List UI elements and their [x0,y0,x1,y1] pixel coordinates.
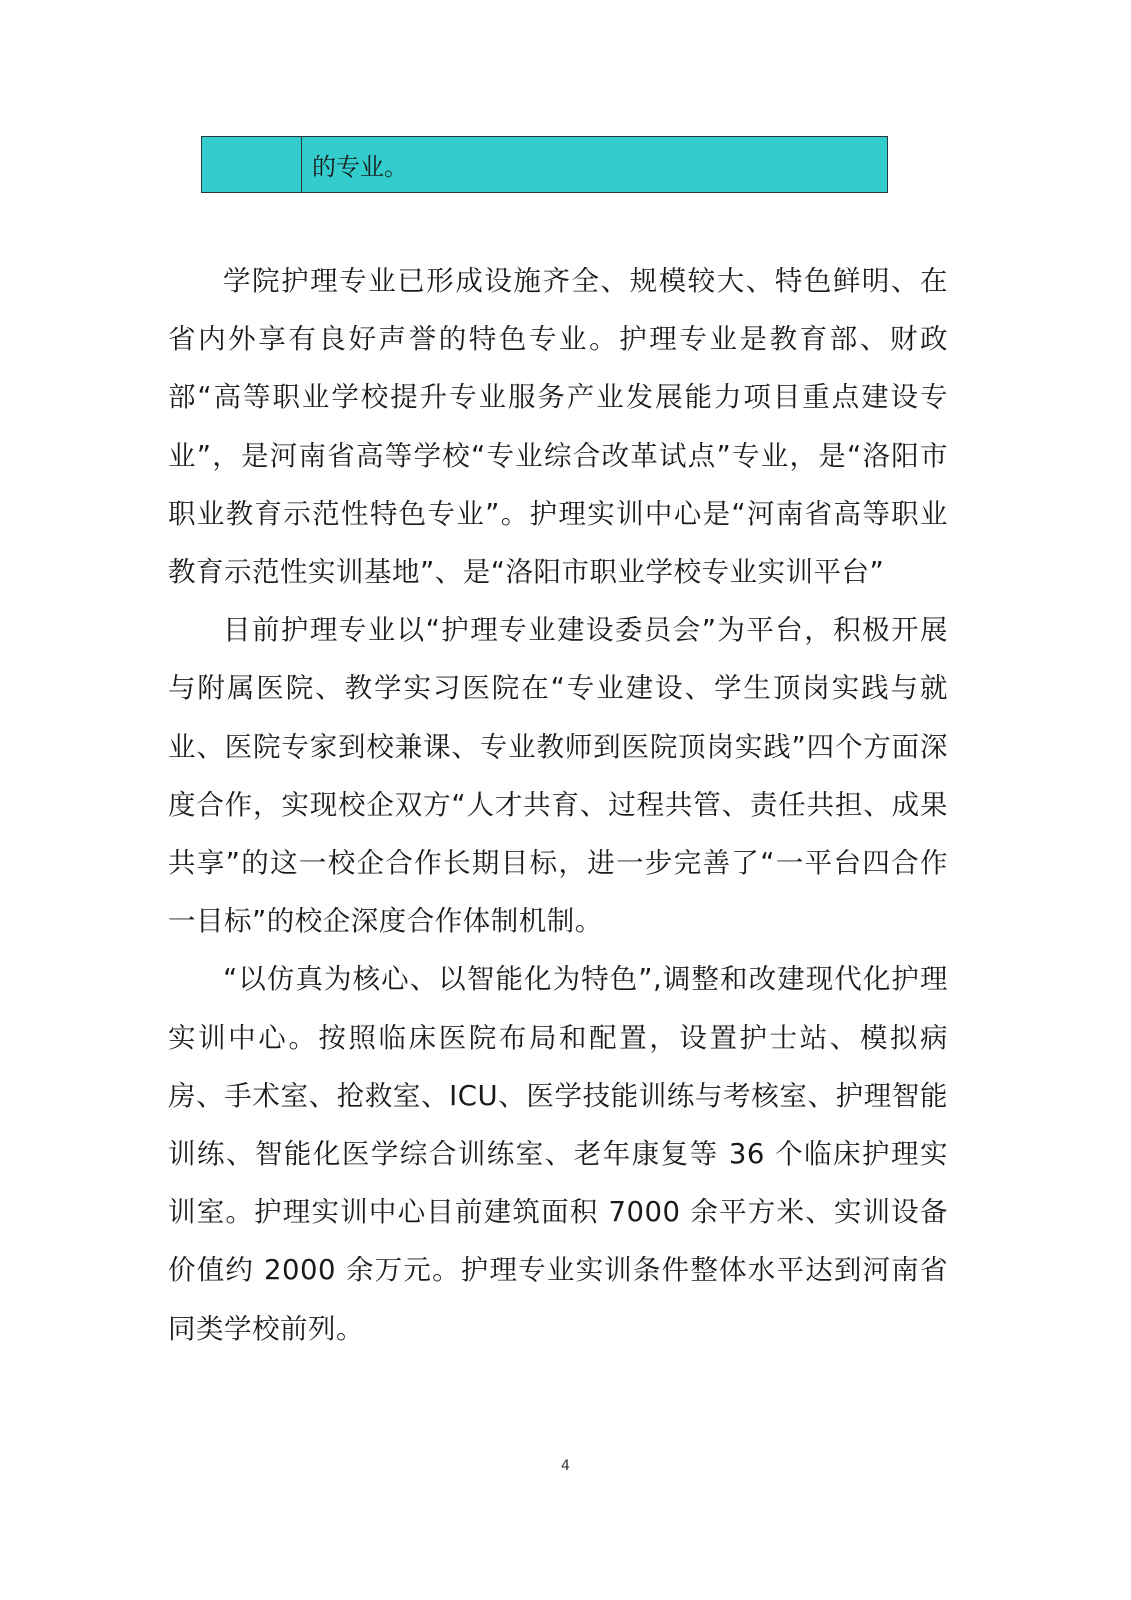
paragraph-school-enterprise-cooperation: 目前护理专业以“护理专业建设委员会”为平台，积极开展与附属医院、教学实习医院在“… [168,601,948,950]
table-cell-left [202,137,302,192]
table-fragment-row: 的专业。 [201,136,888,193]
paragraph-nursing-program-overview: 学院护理专业已形成设施齐全、规模较大、特色鲜明、在省内外享有良好声誉的特色专业。… [168,252,948,601]
page-number: 4 [0,1458,1131,1474]
table-cell-right: 的专业。 [302,137,887,192]
body-text: 学院护理专业已形成设施齐全、规模较大、特色鲜明、在省内外享有良好声誉的特色专业。… [168,252,948,1358]
paragraph-training-center: “以仿真为核心、以智能化为特色”,调整和改建现代化护理实训中心。按照临床医院布局… [168,950,948,1357]
